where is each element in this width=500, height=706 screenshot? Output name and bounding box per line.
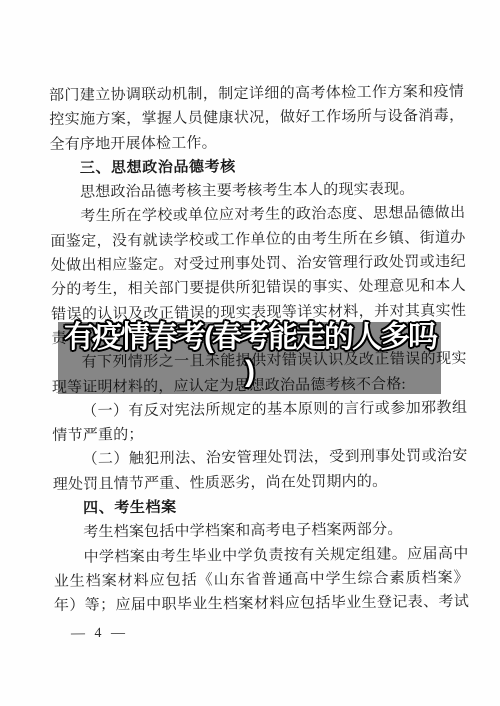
watermark-title: 有疫情春考(春考能走的人多吗 ) (50, 321, 450, 389)
text-line: 控实施方案，掌握人员健康状况，做好工作场所与设备消毒，安 (49, 104, 464, 132)
document-page: 部门建立协调联动机制，制定详细的高考体检工作方案和疫情防控实施方案，掌握人员健康… (0, 0, 500, 706)
page-number: — 4 — (71, 624, 128, 644)
text-line: （二）触犯刑法、治安管理处罚法，受到刑事处罚或治安管 (52, 444, 467, 472)
text-line: 考生所在学校或单位应对考生的政治态度、思想品德做出全 (50, 201, 465, 229)
watermark-title-line2: ) (50, 355, 450, 389)
text-line: （一）有反对宪法所规定的基本原则的言行或参加邪教组织， (52, 396, 467, 424)
text-line: 分的考生，相关部门要提供所犯错误的事实、处理意见和本人对 (51, 274, 466, 302)
text-line: 年）等；应届中职毕业生档案材料应包括毕业生登记表、考试成 (54, 590, 469, 618)
watermark-title-line1: 有疫情春考(春考能走的人多吗 (50, 321, 450, 355)
